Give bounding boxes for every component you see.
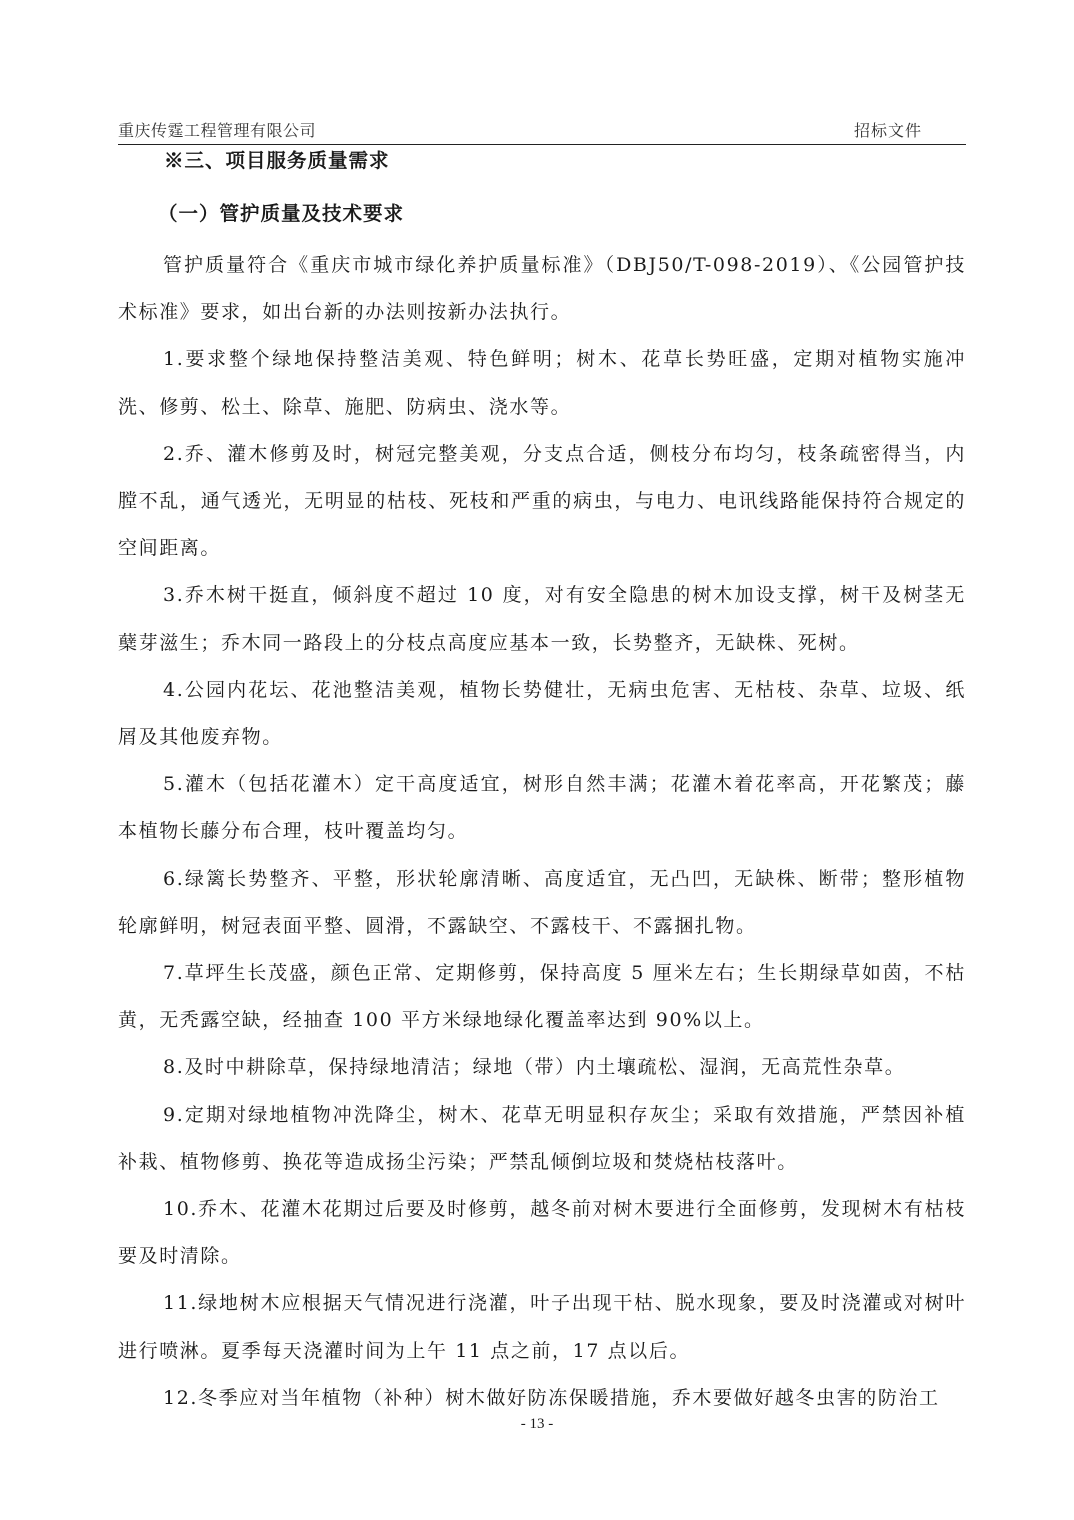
requirement-item-11: 11.绿地树木应根据天气情况进行浇灌，叶子出现干枯、脱水现象，要及时浇灌或对树叶… xyxy=(118,1280,966,1374)
requirement-item-3: 3.乔木树干挺直，倾斜度不超过 10 度，对有安全隐患的树木加设支撑，树干及树茎… xyxy=(118,572,966,666)
page-number: - 13 - xyxy=(0,1416,1074,1433)
company-name: 重庆传霆工程管理有限公司 xyxy=(118,118,316,141)
requirement-item-4: 4.公园内花坛、花池整洁美观，植物长势健壮，无病虫危害、无枯枝、杂草、垃圾、纸屑… xyxy=(118,667,966,761)
requirement-item-6: 6.绿篱长势整齐、平整，形状轮廓清晰、高度适宜，无凸凹，无缺株、断带；整形植物轮… xyxy=(118,856,966,950)
requirement-item-8: 8.及时中耕除草，保持绿地清洁；绿地（带）内土壤疏松、湿润，无高荒性杂草。 xyxy=(118,1044,966,1091)
requirement-item-5: 5.灌木（包括花灌木）定干高度适宜，树形自然丰满；花灌木着花率高，开花繁茂；藤本… xyxy=(118,761,966,855)
section-title: ※三、项目服务质量需求 xyxy=(118,148,966,194)
requirement-item-7: 7.草坪生长茂盛，颜色正常、定期修剪，保持高度 5 厘米左右；生长期绿草如茵，不… xyxy=(118,950,966,1044)
requirement-item-12: 12.冬季应对当年植物（补种）树木做好防冻保暖措施，乔木要做好越冬虫害的防治工 xyxy=(118,1375,966,1422)
requirement-item-10: 10.乔木、花灌木花期过后要及时修剪，越冬前对树木要进行全面修剪，发现树木有枯枝… xyxy=(118,1186,966,1280)
document-type: 招标文件 xyxy=(854,118,922,141)
requirement-item-9: 9.定期对绿地植物冲洗降尘，树木、花草无明显积存灰尘；采取有效措施，严禁因补植补… xyxy=(118,1092,966,1186)
requirement-item-1: 1.要求整个绿地保持整洁美观、特色鲜明；树木、花草长势旺盛，定期对植物实施冲洗、… xyxy=(118,336,966,430)
intro-paragraph: 管护质量符合《重庆市城市绿化养护质量标准》（DBJ50/T-098-2019）、… xyxy=(118,242,966,336)
requirement-item-2: 2.乔、灌木修剪及时，树冠完整美观，分支点合适，侧枝分布均匀，枝条疏密得当，内膛… xyxy=(118,431,966,573)
document-body: ※三、项目服务质量需求 （一）管护质量及技术要求 管护质量符合《重庆市城市绿化养… xyxy=(118,148,966,1422)
subsection-title: （一）管护质量及技术要求 xyxy=(118,194,966,242)
page-header: 重庆传霆工程管理有限公司 招标文件 xyxy=(118,114,966,145)
